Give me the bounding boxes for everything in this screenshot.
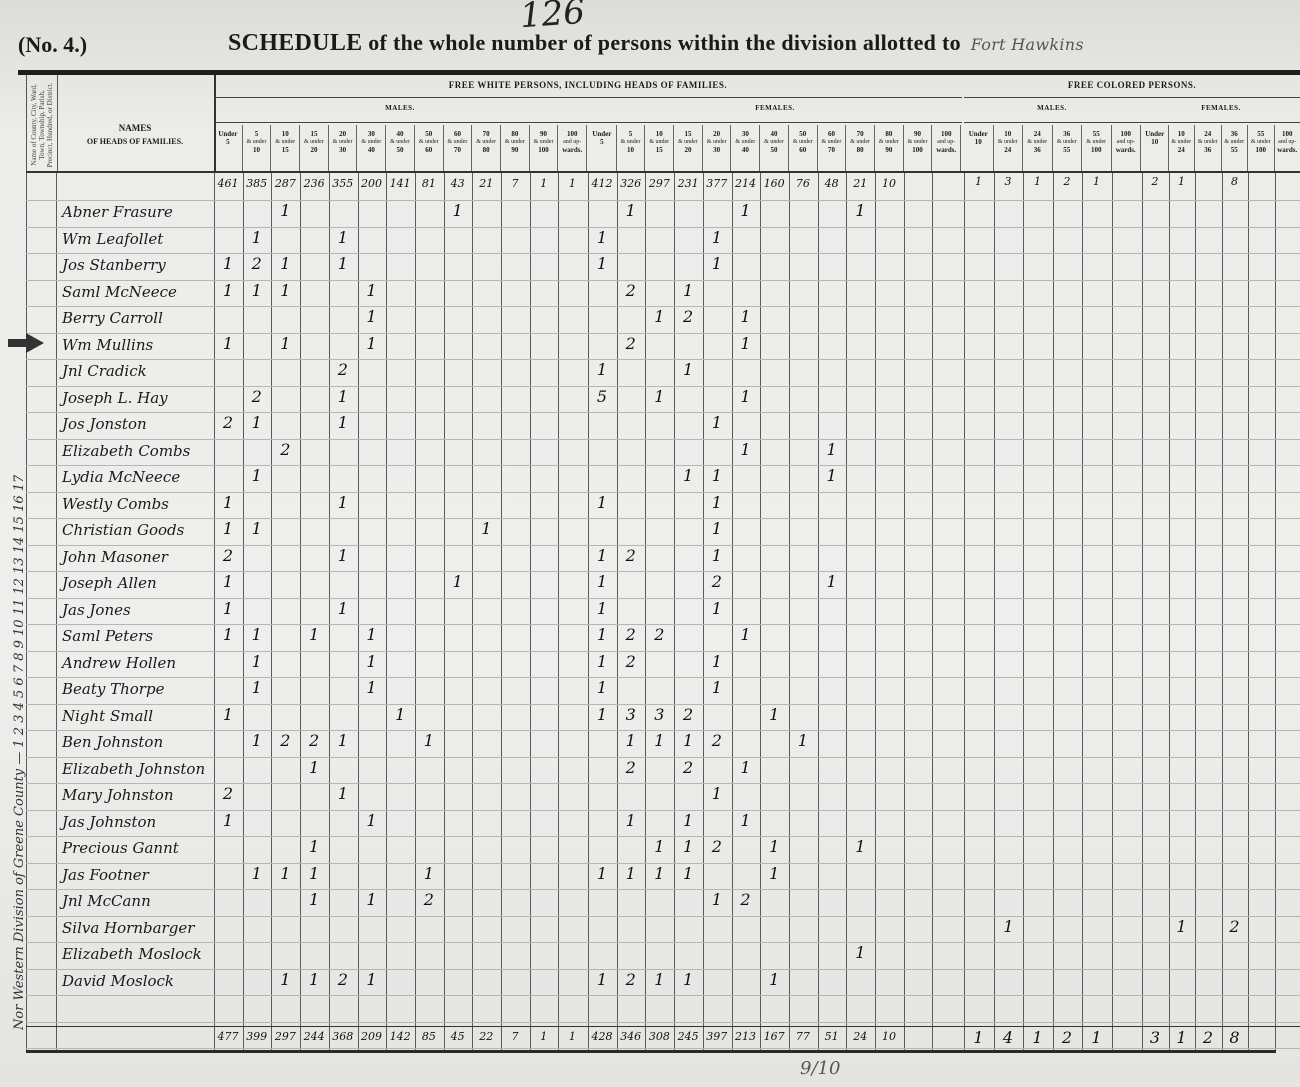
total-value: 397 <box>703 1030 731 1043</box>
white-female-count: 1 <box>731 625 761 644</box>
form-number: (No. 4.) <box>18 32 87 58</box>
white-male-count: 1 <box>299 837 329 856</box>
carried-forward-value: 287 <box>271 177 299 190</box>
grid-vline <box>645 171 646 1051</box>
grid-vline <box>1082 171 1083 1051</box>
white-female-count: 1 <box>731 758 761 777</box>
white-male-count: 1 <box>328 493 358 512</box>
white-female-count: 1 <box>587 625 617 644</box>
white-male-count: 1 <box>471 519 501 538</box>
white-female-count: 1 <box>673 281 703 300</box>
white-male-count: 2 <box>242 387 272 406</box>
colored-female-count: 2 <box>1220 917 1250 936</box>
carried-forward-value: 231 <box>674 177 702 190</box>
grid-hline <box>26 995 1300 996</box>
total-value: 22 <box>472 1030 500 1043</box>
white-male-count: 1 <box>357 652 387 671</box>
white-female-count: 1 <box>731 440 761 459</box>
white-male-age-col-8: 60& under70 <box>444 125 473 171</box>
white-female-count: 1 <box>702 678 732 697</box>
head-of-family-name: Christian Goods <box>62 521 184 539</box>
head-of-family-name: Ben Johnston <box>62 733 163 751</box>
white-male-count: 1 <box>299 758 329 777</box>
white-female-count: 2 <box>616 625 646 644</box>
white-male-count: 1 <box>270 864 300 883</box>
white-male-count: 1 <box>328 731 358 750</box>
division-handwritten: Fort Hawkins <box>971 35 1084 54</box>
white-female-count: 1 <box>673 466 703 485</box>
white-female-count: 1 <box>702 784 732 803</box>
white-female-count: 1 <box>587 599 617 618</box>
grid-vline <box>56 171 57 1051</box>
white-male-count: 1 <box>357 625 387 644</box>
white-female-count: 1 <box>587 678 617 697</box>
colored-female-age-col-2: 24& under36 <box>1195 125 1222 171</box>
head-of-family-name: Joseph L. Hay <box>62 389 168 407</box>
total-value: 428 <box>588 1030 616 1043</box>
white-male-age-col-9: 70& under80 <box>472 125 501 171</box>
white-female-count: 1 <box>616 864 646 883</box>
total-value: 399 <box>243 1030 271 1043</box>
white-male-count: 1 <box>270 201 300 220</box>
white-males-label: MALES. <box>214 104 586 112</box>
white-female-count: 1 <box>817 572 847 591</box>
head-of-family-name: David Moslock <box>62 972 174 990</box>
white-male-age-col-12: 100and up-wards. <box>558 125 587 171</box>
grid-vline <box>846 171 847 1051</box>
grid-vline <box>904 171 905 1051</box>
colored-female-age-col-5: 100and up-wards. <box>1275 125 1300 171</box>
white-female-count: 1 <box>644 970 674 989</box>
total-value: 245 <box>674 1030 702 1043</box>
white-female-count: 3 <box>616 705 646 724</box>
carried-forward-value: 2 <box>1053 175 1082 188</box>
white-male-count: 1 <box>242 413 272 432</box>
total-value: 346 <box>617 1030 645 1043</box>
white-female-count: 1 <box>587 864 617 883</box>
white-female-count: 1 <box>587 228 617 247</box>
white-female-count: 1 <box>702 466 732 485</box>
colored-female-age-col-3: 36& under55 <box>1222 125 1249 171</box>
head-of-family-name: Saml Peters <box>62 627 153 645</box>
white-female-age-col-10: 80& under90 <box>875 125 904 171</box>
white-male-count: 1 <box>270 254 300 273</box>
margin-note: Nor Western Division of Greene County — … <box>10 240 40 1040</box>
white-male-count: 2 <box>299 731 329 750</box>
colored-male-count: 1 <box>994 917 1024 936</box>
total-value: 213 <box>732 1030 760 1043</box>
white-female-count: 1 <box>644 837 674 856</box>
white-male-count: 1 <box>443 201 473 220</box>
carried-forward-value: 377 <box>703 177 731 190</box>
head-of-family-name: Wm Leafollet <box>62 230 163 248</box>
white-female-count: 2 <box>702 731 732 750</box>
white-male-count: 1 <box>242 228 272 247</box>
total-value: 7 <box>501 1030 529 1043</box>
white-male-count: 1 <box>357 970 387 989</box>
carried-forward-value: 355 <box>329 177 357 190</box>
white-female-count: 1 <box>616 731 646 750</box>
grid-hline <box>26 677 1300 678</box>
district-column-header: Name of County, City, Ward, Town, Townsh… <box>26 75 58 171</box>
white-male-count: 2 <box>414 890 444 909</box>
white-female-count: 1 <box>644 307 674 326</box>
white-female-count: 1 <box>673 837 703 856</box>
grid-vline <box>1275 171 1276 1051</box>
names-column-header: NAMES OF HEADS OF FAMILIES. <box>56 75 216 171</box>
white-male-count: 1 <box>357 811 387 830</box>
white-male-count: 1 <box>213 705 243 724</box>
white-female-age-col-4: 20& under30 <box>703 125 732 171</box>
grid-vline <box>674 171 675 1051</box>
white-female-count: 2 <box>673 307 703 326</box>
total-value: 1 <box>1169 1028 1195 1047</box>
head-of-family-name: Mary Johnston <box>62 786 174 804</box>
white-male-count: 1 <box>443 572 473 591</box>
white-male-count: 1 <box>242 731 272 750</box>
white-male-count: 1 <box>242 864 272 883</box>
white-male-count: 1 <box>270 281 300 300</box>
white-female-count: 1 <box>644 387 674 406</box>
total-value: 85 <box>415 1030 443 1043</box>
white-female-count: 2 <box>673 758 703 777</box>
white-male-count: 1 <box>299 890 329 909</box>
total-value: 297 <box>271 1030 299 1043</box>
white-male-age-col-10: 80& under90 <box>501 125 530 171</box>
white-female-count: 1 <box>673 811 703 830</box>
carried-forward-value: 1 <box>1169 175 1195 188</box>
white-female-count: 1 <box>845 201 875 220</box>
total-value: 1 <box>964 1028 993 1047</box>
white-male-count: 1 <box>299 970 329 989</box>
white-male-age-col-2: 10& under15 <box>271 125 300 171</box>
white-male-count: 1 <box>328 784 358 803</box>
grid-vline <box>1112 171 1113 1051</box>
white-male-count: 2 <box>213 784 243 803</box>
colored-male-age-col-2: 24& under36 <box>1023 125 1053 171</box>
head-of-family-name: Elizabeth Johnston <box>62 760 205 778</box>
white-female-count: 2 <box>702 837 732 856</box>
colored-female-age-col-0: Under10 <box>1142 125 1169 171</box>
carried-forward-value: 214 <box>732 177 760 190</box>
grid-vline <box>1053 171 1054 1051</box>
white-male-count: 1 <box>328 413 358 432</box>
white-male-count: 1 <box>242 652 272 671</box>
total-value: 142 <box>386 1030 414 1043</box>
grid-vline <box>530 171 531 1051</box>
white-female-count: 1 <box>702 546 732 565</box>
head-of-family-name: Jnl Cradick <box>62 362 147 380</box>
carried-forward-value: 1 <box>530 177 558 190</box>
white-female-age-col-5: 30& under40 <box>732 125 761 171</box>
white-female-age-col-12: 100and up-wards. <box>932 125 961 171</box>
carried-forward-value: 21 <box>846 177 874 190</box>
white-male-count: 1 <box>213 281 243 300</box>
carried-forward-value: 412 <box>588 177 616 190</box>
grid-hline <box>26 359 1300 360</box>
carried-forward-value: 7 <box>501 177 529 190</box>
grid-vline <box>415 171 416 1051</box>
white-female-count: 1 <box>845 837 875 856</box>
colored-female-age-col-1: 10& under24 <box>1169 125 1196 171</box>
white-female-count: 1 <box>845 943 875 962</box>
colored-male-age-col-3: 36& under55 <box>1053 125 1083 171</box>
white-male-age-col-0: Under5 <box>214 125 243 171</box>
carried-forward-value: 48 <box>818 177 846 190</box>
total-value: 45 <box>444 1030 472 1043</box>
white-female-count: 1 <box>702 254 732 273</box>
white-female-count: 1 <box>587 254 617 273</box>
white-female-count: 1 <box>644 864 674 883</box>
white-male-count: 2 <box>328 970 358 989</box>
head-of-family-name: Abner Frasure <box>62 203 173 221</box>
colored-male-age-col-5: 100and up-wards. <box>1112 125 1142 171</box>
head-of-family-name: Night Small <box>62 707 153 725</box>
white-female-count: 1 <box>759 837 789 856</box>
total-value: 1 <box>1023 1028 1052 1047</box>
free-colored-title: FREE COLORED PERSONS. <box>964 80 1300 90</box>
carried-forward-value: 236 <box>300 177 328 190</box>
grid-vline <box>964 171 965 1051</box>
carried-forward-value: 385 <box>243 177 271 190</box>
carried-forward-value: 200 <box>358 177 386 190</box>
total-value: 24 <box>846 1030 874 1043</box>
white-female-count: 1 <box>731 307 761 326</box>
schedule-title: SCHEDULE of the whole number of persons … <box>228 30 1084 57</box>
white-female-count: 1 <box>731 387 761 406</box>
white-male-count: 1 <box>242 519 272 538</box>
white-female-count: 1 <box>673 360 703 379</box>
grid-vline <box>300 171 301 1051</box>
grid-hline <box>26 889 1300 890</box>
white-female-count: 1 <box>759 864 789 883</box>
head-of-family-name: Beaty Thorpe <box>62 680 164 698</box>
white-female-count: 1 <box>644 731 674 750</box>
white-male-count: 1 <box>357 890 387 909</box>
head-of-family-name: John Masoner <box>62 548 168 566</box>
white-male-count: 1 <box>242 625 272 644</box>
total-value: 10 <box>875 1030 903 1043</box>
white-female-age-col-1: 5& under10 <box>617 125 646 171</box>
head-of-family-name: Lydia McNeece <box>62 468 180 486</box>
white-female-count: 1 <box>817 466 847 485</box>
white-female-count: 1 <box>817 440 847 459</box>
total-value: 1 <box>530 1030 558 1043</box>
carried-forward-value: 297 <box>645 177 673 190</box>
white-female-count: 5 <box>587 387 617 406</box>
grid-vline <box>386 171 387 1051</box>
white-male-count: 1 <box>213 811 243 830</box>
white-female-count: 1 <box>587 572 617 591</box>
white-male-count: 1 <box>328 254 358 273</box>
white-female-count: 1 <box>587 970 617 989</box>
white-female-count: 1 <box>702 413 732 432</box>
grid-vline <box>932 171 933 1051</box>
carried-forward-value: 461 <box>214 177 242 190</box>
bottom-rule <box>26 1050 1276 1053</box>
total-value: 3 <box>1142 1028 1168 1047</box>
total-value: 1 <box>558 1030 586 1043</box>
free-white-title: FREE WHITE PERSONS, INCLUDING HEADS OF F… <box>214 80 962 90</box>
white-female-count: 1 <box>731 334 761 353</box>
total-value: 308 <box>645 1030 673 1043</box>
white-male-count: 1 <box>270 334 300 353</box>
white-female-count: 1 <box>702 890 732 909</box>
white-female-count: 2 <box>616 970 646 989</box>
white-female-count: 1 <box>616 811 646 830</box>
white-male-count: 1 <box>328 599 358 618</box>
white-female-count: 1 <box>731 201 761 220</box>
carried-forward-value: 141 <box>386 177 414 190</box>
white-female-age-col-9: 70& under80 <box>846 125 875 171</box>
footer-mark: 9/10 <box>800 1058 840 1079</box>
white-male-count: 1 <box>213 254 243 273</box>
white-female-count: 1 <box>702 228 732 247</box>
head-of-family-name: Westly Combs <box>62 495 169 513</box>
white-male-age-col-1: 5& under10 <box>243 125 272 171</box>
total-value: 167 <box>760 1030 788 1043</box>
carried-forward-value: 326 <box>617 177 645 190</box>
white-female-count: 2 <box>731 890 761 909</box>
total-value: 244 <box>300 1030 328 1043</box>
head-of-family-name: Precious Gannt <box>62 839 179 857</box>
carried-forward-value: 76 <box>789 177 817 190</box>
grid-vline <box>501 171 502 1051</box>
white-male-age-col-6: 40& under50 <box>386 125 415 171</box>
grid-hline <box>26 757 1300 758</box>
grid-vline <box>760 171 761 1051</box>
total-value: 477 <box>214 1030 242 1043</box>
white-male-count: 1 <box>242 466 272 485</box>
total-value: 4 <box>994 1028 1023 1047</box>
colored-male-age-col-0: Under10 <box>964 125 994 171</box>
total-value: 1 <box>1082 1028 1111 1047</box>
total-value: 209 <box>358 1030 386 1043</box>
total-value: 8 <box>1222 1028 1248 1047</box>
carried-forward-value: 2 <box>1142 175 1168 188</box>
white-female-count: 1 <box>673 864 703 883</box>
census-page: (No. 4.) SCHEDULE of the whole number of… <box>0 0 1300 1087</box>
white-male-count: 2 <box>328 360 358 379</box>
white-male-count: 1 <box>299 864 329 883</box>
white-female-count: 1 <box>616 201 646 220</box>
colored-female-age-col-4: 55& under100 <box>1248 125 1275 171</box>
carried-forward-value: 21 <box>472 177 500 190</box>
white-female-count: 1 <box>587 493 617 512</box>
title-prefix: SCHEDULE <box>228 30 362 56</box>
white-female-count: 1 <box>587 546 617 565</box>
carried-forward-value: 1 <box>558 177 586 190</box>
white-male-age-col-11: 90& under100 <box>530 125 559 171</box>
white-female-count: 1 <box>673 731 703 750</box>
grid-vline <box>472 171 473 1051</box>
white-female-count: 2 <box>616 546 646 565</box>
white-male-count: 1 <box>213 572 243 591</box>
white-male-count: 1 <box>414 731 444 750</box>
head-of-family-name: Andrew Hollen <box>62 654 176 672</box>
head-of-family-name: Elizabeth Moslock <box>62 945 202 963</box>
total-value: 368 <box>329 1030 357 1043</box>
white-female-age-col-7: 50& under60 <box>789 125 818 171</box>
white-male-count: 1 <box>242 281 272 300</box>
head-of-family-name: Jas Jones <box>62 601 131 619</box>
white-male-age-col-3: 15& under20 <box>300 125 329 171</box>
white-female-count: 1 <box>587 360 617 379</box>
carried-forward-value: 160 <box>760 177 788 190</box>
white-female-age-col-6: 40& under50 <box>760 125 789 171</box>
grid-hline <box>26 200 1300 201</box>
white-male-count: 1 <box>328 228 358 247</box>
carried-forward-value: 8 <box>1222 175 1248 188</box>
white-male-count: 1 <box>414 864 444 883</box>
colored-females-label: FEMALES. <box>1142 104 1300 112</box>
colored-males-label: MALES. <box>964 104 1140 112</box>
grid-vline <box>558 171 559 1051</box>
white-female-count: 1 <box>731 811 761 830</box>
white-male-count: 1 <box>357 307 387 326</box>
head-of-family-name: Wm Mullins <box>62 336 153 354</box>
white-male-count: 2 <box>270 731 300 750</box>
white-male-age-col-7: 50& under60 <box>415 125 444 171</box>
white-female-count: 1 <box>702 652 732 671</box>
white-male-age-col-5: 30& under40 <box>358 125 387 171</box>
total-value: 2 <box>1053 1028 1082 1047</box>
grid-vline <box>444 171 445 1051</box>
head-of-family-name: Silva Hornbarger <box>62 919 194 937</box>
white-male-count: 1 <box>213 519 243 538</box>
white-female-count: 2 <box>673 705 703 724</box>
grid-hline <box>26 439 1300 440</box>
white-female-count: 2 <box>616 334 646 353</box>
grid-hline <box>26 465 1300 466</box>
grid-hline <box>26 651 1300 652</box>
white-female-count: 1 <box>673 970 703 989</box>
white-male-count: 2 <box>242 254 272 273</box>
head-of-family-name: Jos Stanberry <box>62 256 166 274</box>
carried-forward-value: 43 <box>444 177 472 190</box>
white-female-count: 1 <box>759 970 789 989</box>
colored-female-count: 1 <box>1167 917 1197 936</box>
grid-vline <box>789 171 790 1051</box>
white-male-count: 1 <box>213 599 243 618</box>
white-female-count: 1 <box>702 519 732 538</box>
white-female-age-col-0: Under5 <box>588 125 617 171</box>
grid-vline <box>1142 171 1143 1051</box>
carried-forward-value: 10 <box>875 177 903 190</box>
white-male-count: 1 <box>270 970 300 989</box>
white-female-count: 1 <box>788 731 818 750</box>
head-of-family-name: Jos Jonston <box>62 415 147 433</box>
white-female-count: 3 <box>644 705 674 724</box>
carried-forward-value: 81 <box>415 177 443 190</box>
white-male-count: 1 <box>357 281 387 300</box>
white-female-count: 2 <box>616 652 646 671</box>
white-female-count: 1 <box>759 705 789 724</box>
white-female-age-col-2: 10& under15 <box>645 125 674 171</box>
head-of-family-name: Saml McNeece <box>62 283 177 301</box>
white-female-age-col-3: 15& under20 <box>674 125 703 171</box>
white-male-count: 1 <box>213 334 243 353</box>
head-of-family-name: Elizabeth Combs <box>62 442 190 460</box>
grid-hline <box>26 1022 1300 1023</box>
white-female-age-col-8: 60& under70 <box>818 125 847 171</box>
carried-forward-value: 1 <box>1023 175 1052 188</box>
head-of-family-name: Jas Johnston <box>62 813 156 831</box>
white-male-age-col-4: 20& under30 <box>329 125 358 171</box>
white-female-count: 1 <box>702 493 732 512</box>
white-male-count: 2 <box>213 546 243 565</box>
carried-forward-value: 1 <box>1082 175 1111 188</box>
